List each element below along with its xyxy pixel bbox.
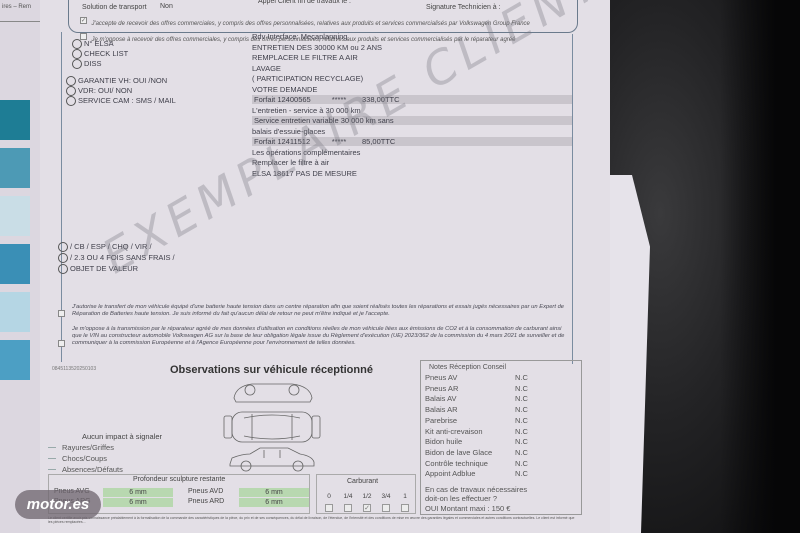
service-line: VOTRE DEMANDE [252,85,317,94]
notes-title: Notes Réception Conseil [429,364,506,371]
fine-print: Le client certifie avoir pris connaissan… [48,516,578,533]
note-row: Balais ARN.C [425,405,575,414]
note-label: Pneus AR [425,384,458,393]
consent-checkbox[interactable] [58,310,65,317]
consent-text: J'autorise le transfert de mon véhicule … [72,304,572,318]
fuel-level-checkbox[interactable] [382,504,390,512]
service-text: ( PARTICIPATION RECYCLAGE) [252,74,363,83]
note-label: Parebrise [425,416,457,425]
service-text: REMPLACER LE FILTRE A AIR [252,53,358,62]
note-value: N.C [515,437,528,446]
tread-label-ard: Pneus ARD [188,498,224,505]
service-text: Rdv Interface: Mecaplanning [252,32,347,41]
tread-value-ard: 6 mm [239,498,309,507]
note-value: N.C [515,469,528,478]
option-row[interactable]: CHECK LIST [72,49,128,59]
note-value: N.C [515,394,528,403]
notes-question-2: doit-on les effectuer ? [425,494,497,504]
damage-legend-item: Chocs/Coups [62,454,107,463]
option-radio[interactable] [72,49,82,59]
note-label: Balais AR [425,405,458,414]
reception-notes-box: Notes Réception Conseil Pneus AVN.CPneus… [420,360,582,515]
service-line: ( PARTICIPATION RECYCLAGE) [252,74,363,83]
color-stripe [0,244,30,284]
fuel-level-label: 1 [398,493,412,500]
fuel-level-checkbox[interactable] [401,504,409,512]
service-line: LAVAGE [252,64,281,73]
color-stripes [0,100,30,380]
option-row[interactable]: SERVICE CAM : SMS / MAIL [66,96,176,106]
damage-legend-item: Absences/Défauts [62,465,123,474]
document-code: 0845113520250103 [52,366,96,372]
service-line: REMPLACER LE FILTRE A AIR [252,53,358,62]
observations-title: Observations sur véhicule réceptionné [170,364,373,376]
note-row: Appoint AdblueN.C [425,469,575,478]
car-diagram-icon [222,378,322,473]
note-value: N.C [515,405,528,414]
transport-label: Solution de transport [82,3,147,12]
note-value: N.C [515,373,528,382]
option-radio[interactable] [66,76,76,86]
fuel-title: Carburant [347,478,378,485]
option-row[interactable]: GARANTIE VH: OUI /NON [66,76,167,86]
option-label: SERVICE CAM : SMS / MAIL [78,96,176,105]
option-label: VDR: OUI/ NON [78,86,132,95]
underlying-header: ires – Rem [2,4,31,10]
color-stripe [0,340,30,380]
color-stripe [0,100,30,140]
note-row: Balais AVN.C [425,394,575,403]
note-row: Kit anti-crevaisonN.C [425,427,575,436]
transport-value: Non [160,2,173,11]
note-row: ParebriseN.C [425,416,575,425]
option-label: DISS [84,59,102,68]
fuel-level-label: 1/2 [360,493,374,500]
note-row: Contrôle techniqueN.C [425,459,575,468]
note-label: Appoint Adblue [425,469,475,478]
divider [0,21,40,22]
service-text: Forfait 12400565 [254,95,316,104]
client-call-label: Appel Client fin de travaux le : [258,0,351,6]
note-label: Pneus AV [425,373,457,382]
option-label: CHECK LIST [84,49,128,58]
option-radio[interactable] [66,86,76,96]
fuel-level-checkbox[interactable] [344,504,352,512]
option-row[interactable]: DISS [72,59,102,69]
tread-title: Profondeur sculpture restante [133,476,225,483]
option-radio[interactable] [66,96,76,106]
note-label: Bidon huile [425,437,462,446]
option-radio[interactable] [72,39,82,49]
color-stripe [0,196,30,236]
note-row: Bidon de lave GlaceN.C [425,448,575,457]
option-row[interactable]: VDR: OUI/ NON [66,86,132,96]
option-radio[interactable] [58,242,68,252]
note-value: N.C [515,448,528,457]
consent-accept-checkbox[interactable] [80,17,87,24]
note-row: Pneus ARN.C [425,384,575,393]
motor-es-logo: motor.es [15,490,101,519]
fuel-level-checkbox[interactable] [325,504,333,512]
fuel-level-box: Carburant 01/41/23/41 [316,474,416,514]
note-label: Balais AV [425,394,457,403]
note-label: Contrôle technique [425,459,488,468]
option-label: GARANTIE VH: OUI /NON [78,76,167,85]
service-text: LAVAGE [252,64,281,73]
note-value: N.C [515,459,528,468]
tread-label-avd: Pneus AVD [188,488,223,495]
color-stripe [0,148,30,188]
fuel-level-label: 1/4 [341,493,355,500]
shadow [720,0,800,533]
option-label: N° ELSA [84,39,114,48]
impact-label: Aucun impact à signaler [82,432,162,441]
color-stripe [0,292,30,332]
service-text: VOTRE DEMANDE [252,85,317,94]
service-text: ENTRETIEN DES 30000 KM ou 2 ANS [252,43,382,52]
fuel-level-checkbox[interactable] [363,504,371,512]
service-line: Rdv Interface: Mecaplanning [252,32,347,41]
note-label: Kit anti-crevaison [425,427,483,436]
notes-answer: OUI Montant maxi : 150 € [425,504,510,514]
note-value: N.C [515,384,528,393]
consent-text: Je m'oppose à la transmission par le rép… [72,326,572,347]
service-line: ENTRETIEN DES 30000 KM ou 2 ANS [252,43,382,52]
option-radio[interactable] [72,59,82,69]
tread-value-avd: 6 mm [239,488,309,497]
frame-right [572,34,573,364]
fuel-level-label: 3/4 [379,493,393,500]
consent-checkbox[interactable] [58,340,65,347]
tread-value-avg: 6 mm [103,488,173,497]
note-row: Bidon huileN.C [425,437,575,446]
note-label: Bidon de lave Glace [425,448,492,457]
option-radio[interactable] [58,253,68,263]
note-value: N.C [515,416,528,425]
note-value: N.C [515,427,528,436]
option-radio[interactable] [58,264,68,274]
damage-legend-item: Rayures/Griffes [62,443,114,452]
option-row[interactable]: N° ELSA [72,39,114,49]
note-row: Pneus AVN.C [425,373,575,382]
fuel-level-label: 0 [322,493,336,500]
tread-value-arg: 6 mm [103,498,173,507]
